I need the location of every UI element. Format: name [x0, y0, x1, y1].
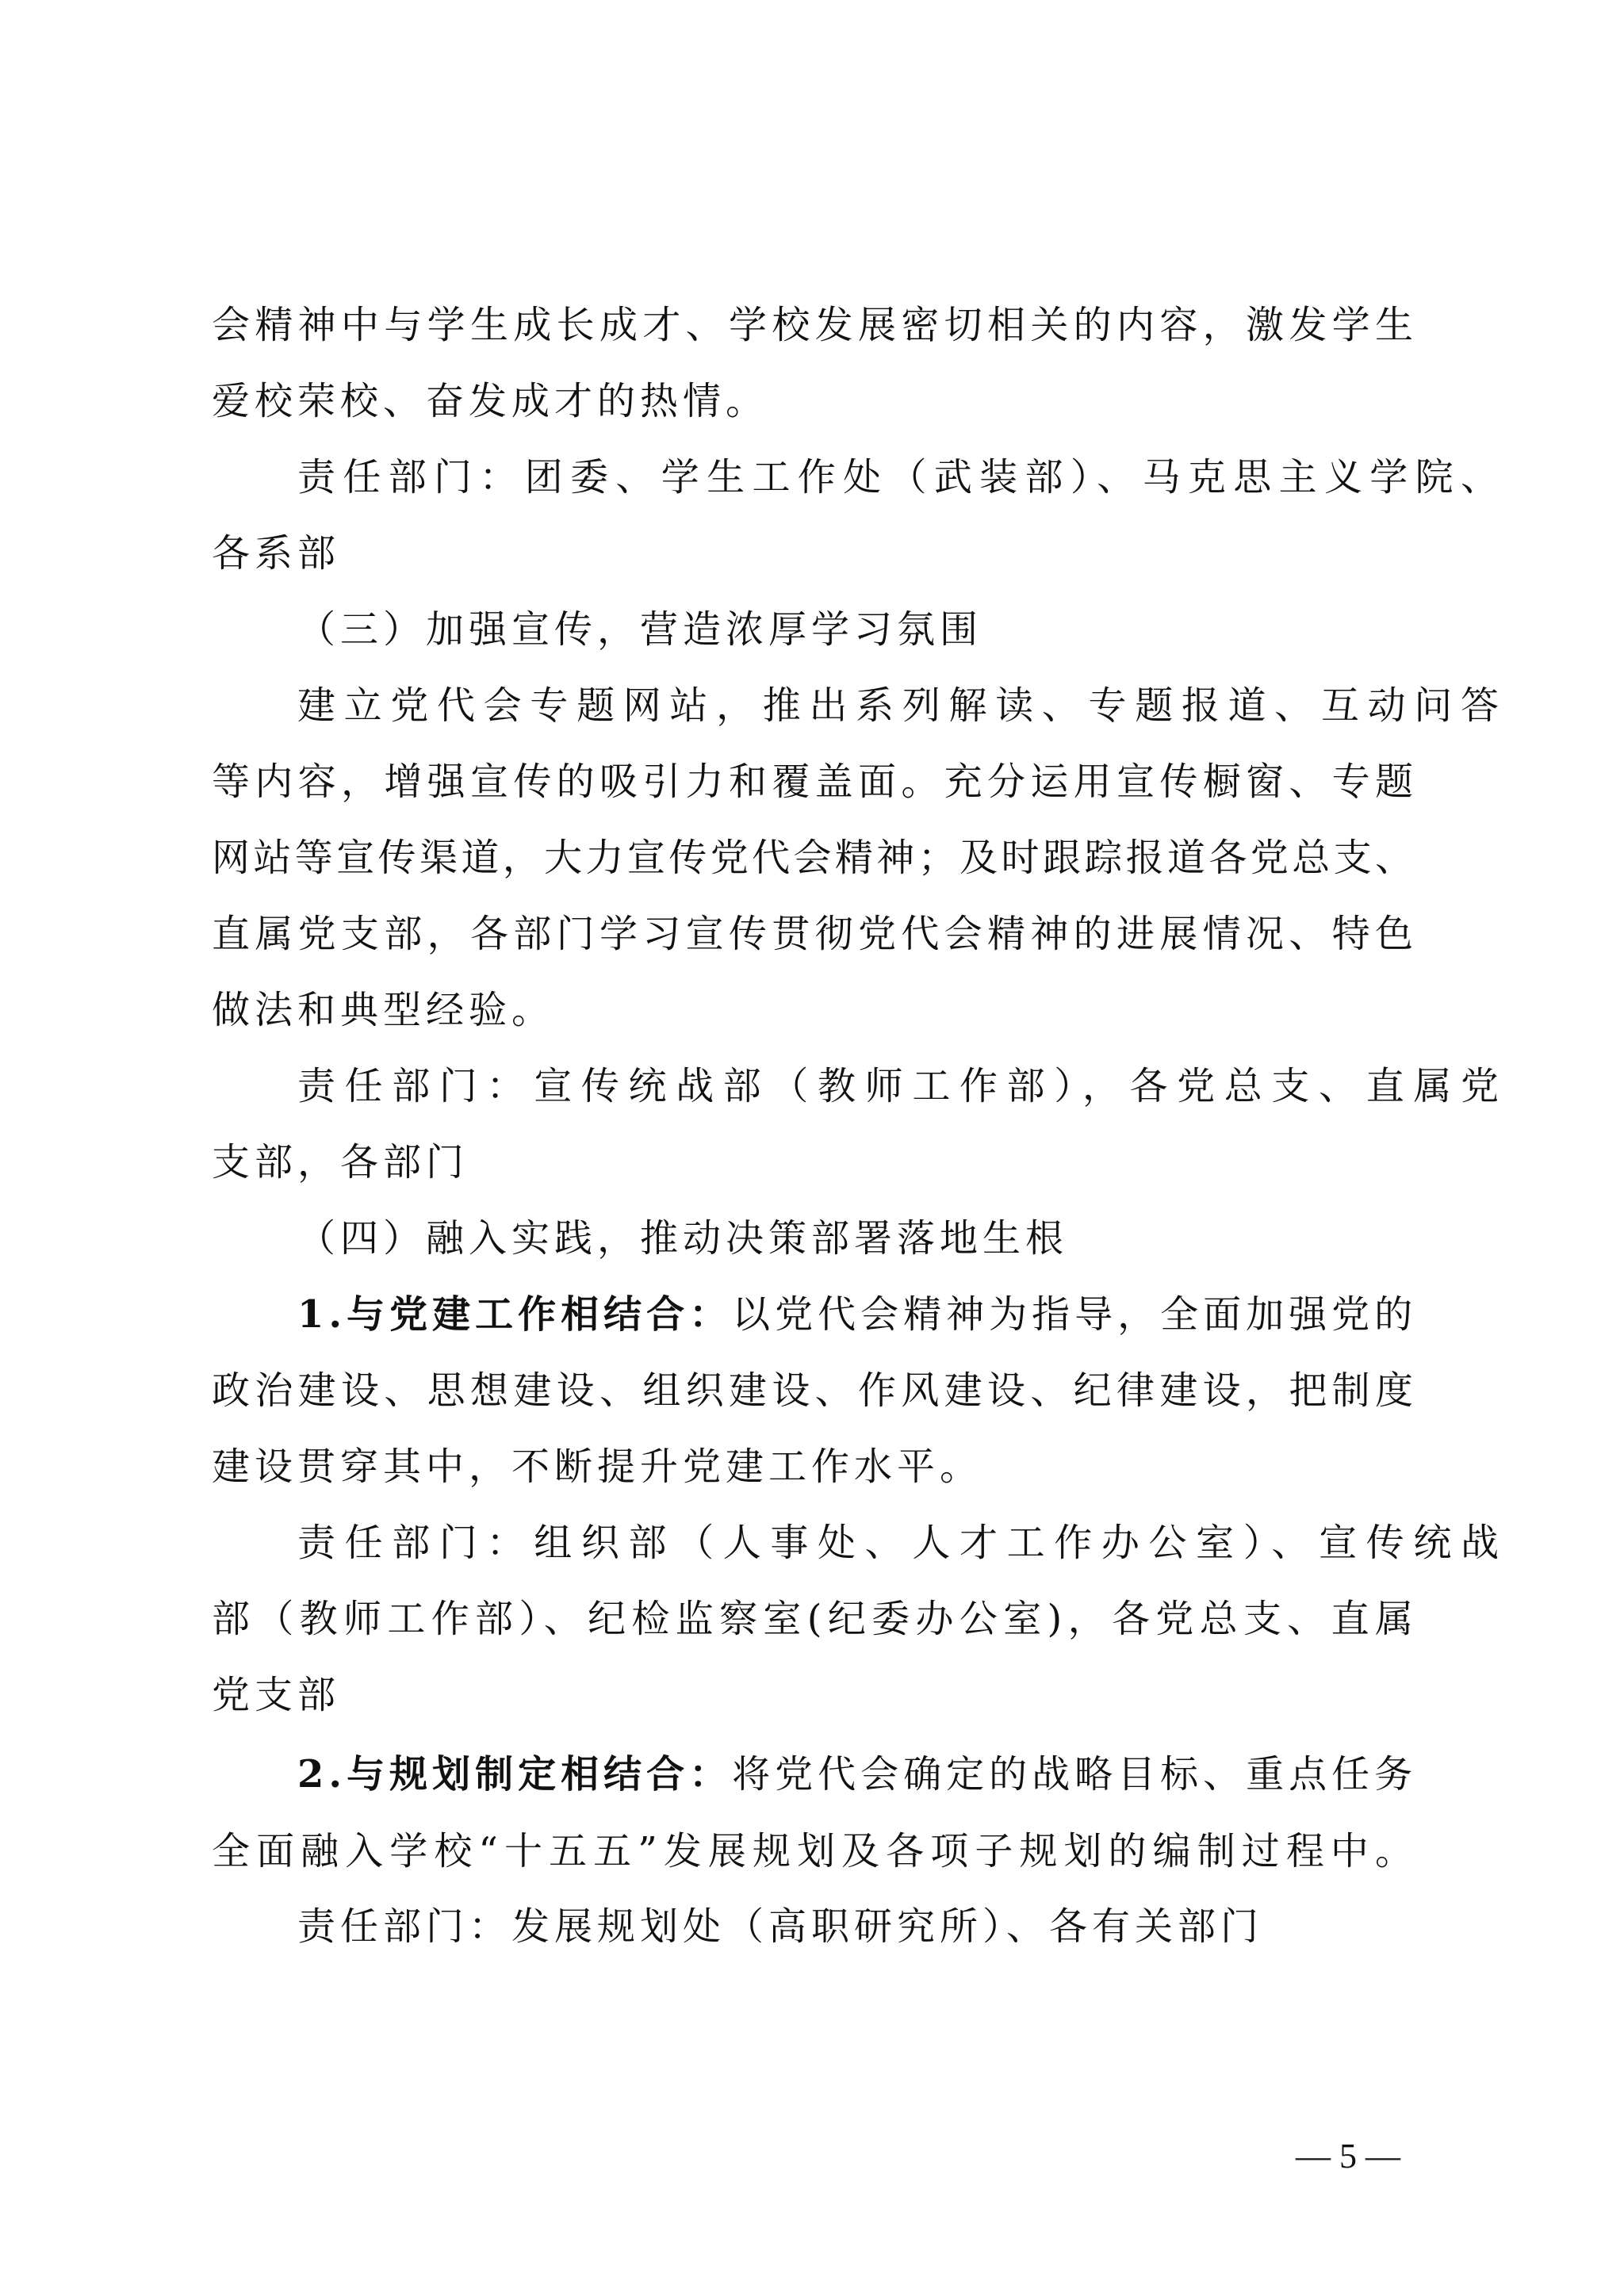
responsibility-line: 各系部	[212, 515, 1413, 591]
body-line: 爱校荣校、奋发成才的热情。	[212, 363, 1413, 439]
body-line: 全面融入学校“十五五”发展规划及各项子规划的编制过程中。	[212, 1813, 1413, 1889]
responsibility-line: 部（教师工作部）、纪检监察室(纪委办公室)，各党总支、直属	[212, 1581, 1413, 1657]
responsibility-line: 责任部门：宣传统战部（教师工作部），各党总支、直属党	[212, 1048, 1499, 1124]
body-line: 政治建设、思想建设、组织建设、作风建设、纪律建设，把制度	[212, 1353, 1413, 1429]
responsibility-line: 责任部门：发展规划处（高职研究所）、各有关部门	[212, 1888, 1499, 1965]
section-heading: （四）融入实践，推动决策部署落地生根	[212, 1200, 1499, 1276]
numbered-item-text: 以党代会精神为指导，全面加强党的	[732, 1292, 1417, 1337]
numbered-item-lead: 2.与规划制定相结合：	[297, 1752, 732, 1797]
body-line: 会精神中与学生成长成才、学校发展密切相关的内容，激发学生	[212, 287, 1413, 363]
responsibility-line: 责任部门：团委、学生工作处（武装部）、马克思主义学院、	[212, 439, 1499, 515]
page-number: — 5 —	[1277, 2133, 1419, 2180]
responsibility-line: 支部，各部门	[212, 1124, 1413, 1200]
section-heading: （三）加强宣传，营造浓厚学习氛围	[212, 591, 1499, 668]
body-line: 建立党代会专题网站，推出系列解读、专题报道、互动问答	[212, 668, 1499, 744]
responsibility-line: 党支部	[212, 1657, 1413, 1733]
body-line: 做法和典型经验。	[212, 972, 1413, 1048]
body-line: 网站等宣传渠道，大力宣传党代会精神；及时跟踪报道各党总支、	[212, 820, 1413, 896]
document-page: 会精神中与学生成长成才、学校发展密切相关的内容，激发学生 爱校荣校、奋发成才的热…	[0, 0, 1624, 2296]
numbered-item-line: 2.与规划制定相结合：将党代会确定的战略目标、重点任务	[212, 1736, 1499, 1812]
body-line: 等内容，增强宣传的吸引力和覆盖面。充分运用宣传橱窗、专题	[212, 744, 1413, 820]
numbered-item-line: 1.与党建工作相结合：以党代会精神为指导，全面加强党的	[212, 1276, 1499, 1353]
body-line: 直属党支部，各部门学习宣传贯彻党代会精神的进展情况、特色	[212, 896, 1413, 972]
body-line: 建设贯穿其中，不断提升党建工作水平。	[212, 1429, 1413, 1505]
numbered-item-lead: 1.与党建工作相结合：	[297, 1292, 732, 1337]
numbered-item-text: 将党代会确定的战略目标、重点任务	[732, 1752, 1417, 1797]
responsibility-line: 责任部门：组织部（人事处、人才工作办公室）、宣传统战	[212, 1505, 1499, 1581]
